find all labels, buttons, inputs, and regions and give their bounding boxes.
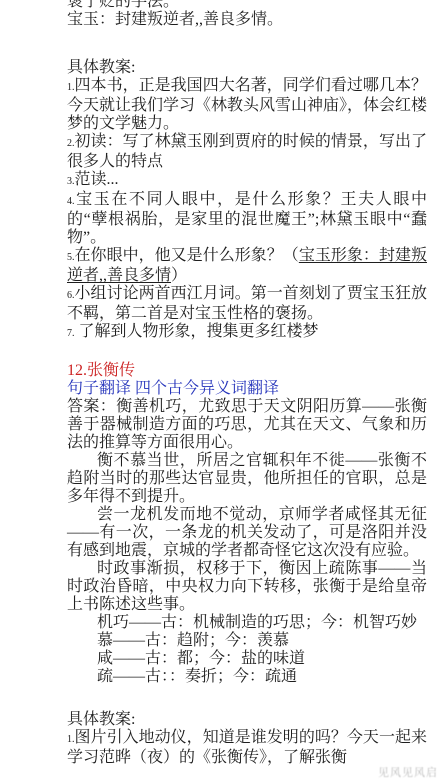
answer-paragraph: 机巧——古：机械制造的巧思；今：机智巧妙 xyxy=(67,614,427,632)
item-number: 1. xyxy=(67,82,75,93)
item-text: 范读... xyxy=(75,171,119,188)
answer-paragraph: 尝一龙机发而地不觉动，京师学者咸怪其无征——有一次，一条龙的机关发动了，可是洛阳… xyxy=(67,506,427,560)
list-item: 1.图片引入地动仪，知道是谁发明的吗？今天一起来学习范晔（夜）的《张衡传》，了解… xyxy=(67,729,427,767)
lesson-plan-label: 具体教案: xyxy=(67,59,427,77)
answer-paragraph: 慕——古：趋附；今：羡慕 xyxy=(67,632,427,650)
item-number: 5. xyxy=(67,252,75,263)
list-item: 4.宝玉在不同人眼中，是什么形象？王夫人眼中的“孽根祸胎，是家里的混世魔王”;林… xyxy=(67,191,427,247)
list-item: 3.范读... xyxy=(67,171,427,191)
list-item: 1.四本书，正是我国四大名著，同学们看过哪几本？今天就让我们学习《林教头风雪山神… xyxy=(67,77,427,133)
item-number: 4. xyxy=(67,196,75,207)
list-item: 7. 了解到人物形象，搜集更多红楼梦 xyxy=(67,323,427,343)
section-title-zhanghengzhuan: 12.张衡传 xyxy=(67,362,427,380)
answer-paragraph: 答案：衡善机巧，尤致思于天文阴阳历算——张衡善于器械制造方面的巧思，尤其在天文、… xyxy=(67,398,427,452)
list-item: 6.小组讨论两首西江月词。第一首刻划了贾宝玉狂放不羁，第二首是对宝玉性格的褒扬。 xyxy=(67,285,427,323)
item-number: 3. xyxy=(67,176,75,187)
answer-paragraph: 疏——古：：奏折；今：疏通 xyxy=(67,668,427,686)
item-text: ） xyxy=(171,267,187,284)
item-text: 在你眼中，他又是什么形象？（ xyxy=(75,247,299,264)
item-text: 初读：写了林黛玉刚到贾府的时候的情景，写出了很多人的特点 xyxy=(67,133,427,170)
item-text: 图片引入地动仪，知道是谁发明的吗？今天一起来学习范晔（夜）的《张衡传》，了解张衡 xyxy=(67,729,427,766)
answer-paragraph: 咸——古：都；今：盐的味道 xyxy=(67,650,427,668)
item-number: 7. xyxy=(67,328,75,339)
partial-top-line: 褒于贬的手法。 xyxy=(67,0,427,11)
answer-paragraph: 衡不慕当世，所居之官辄积年不徙——张衡不趋附当时的那些达官显贵，他所担任的官职，… xyxy=(67,452,427,506)
item-text: 四本书，正是我国四大名著，同学们看过哪几本？今天就让我们学习《林教头风雪山神庙》… xyxy=(67,77,427,132)
item-number: 2. xyxy=(67,138,75,149)
lesson-plan-label: 具体教案: xyxy=(67,711,427,729)
answer-paragraph: 时政事渐损，权移于下，衡因上疏陈事——当时政治昏暗，中央权力向下转移，张衡于是给… xyxy=(67,560,427,614)
baoyu-summary-line: 宝玉：封建叛逆者,,善良多情。 xyxy=(67,11,427,29)
item-text: 小组讨论两首西江月词。第一首刻划了贾宝玉狂放不羁，第二首是对宝玉性格的褒扬。 xyxy=(67,285,427,322)
document-page: 褒于贬的手法。 宝玉：封建叛逆者,,善良多情。 具体教案: 1.四本书，正是我国… xyxy=(0,0,440,783)
item-text: 了解到人物形象，搜集更多红楼梦 xyxy=(75,323,319,340)
watermark: 见风见风启 xyxy=(378,764,438,780)
list-item: 2.初读：写了林黛玉刚到贾府的时候的情景，写出了很多人的特点 xyxy=(67,133,427,171)
item-text: 宝玉在不同人眼中，是什么形象？王夫人眼中的“孽根祸胎，是家里的混世魔王”;林黛玉… xyxy=(67,191,427,246)
list-item: 5.在你眼中，他又是什么形象？（宝玉形象：封建叛逆者,,善良多情） xyxy=(67,247,427,285)
item-number: 1. xyxy=(67,734,75,745)
document-body: 褒于贬的手法。 宝玉：封建叛逆者,,善良多情。 具体教案: 1.四本书，正是我国… xyxy=(67,0,427,767)
item-number: 6. xyxy=(67,290,75,301)
section-subtitle-translation: 句子翻译 四个古今异义词翻译 xyxy=(67,380,427,398)
